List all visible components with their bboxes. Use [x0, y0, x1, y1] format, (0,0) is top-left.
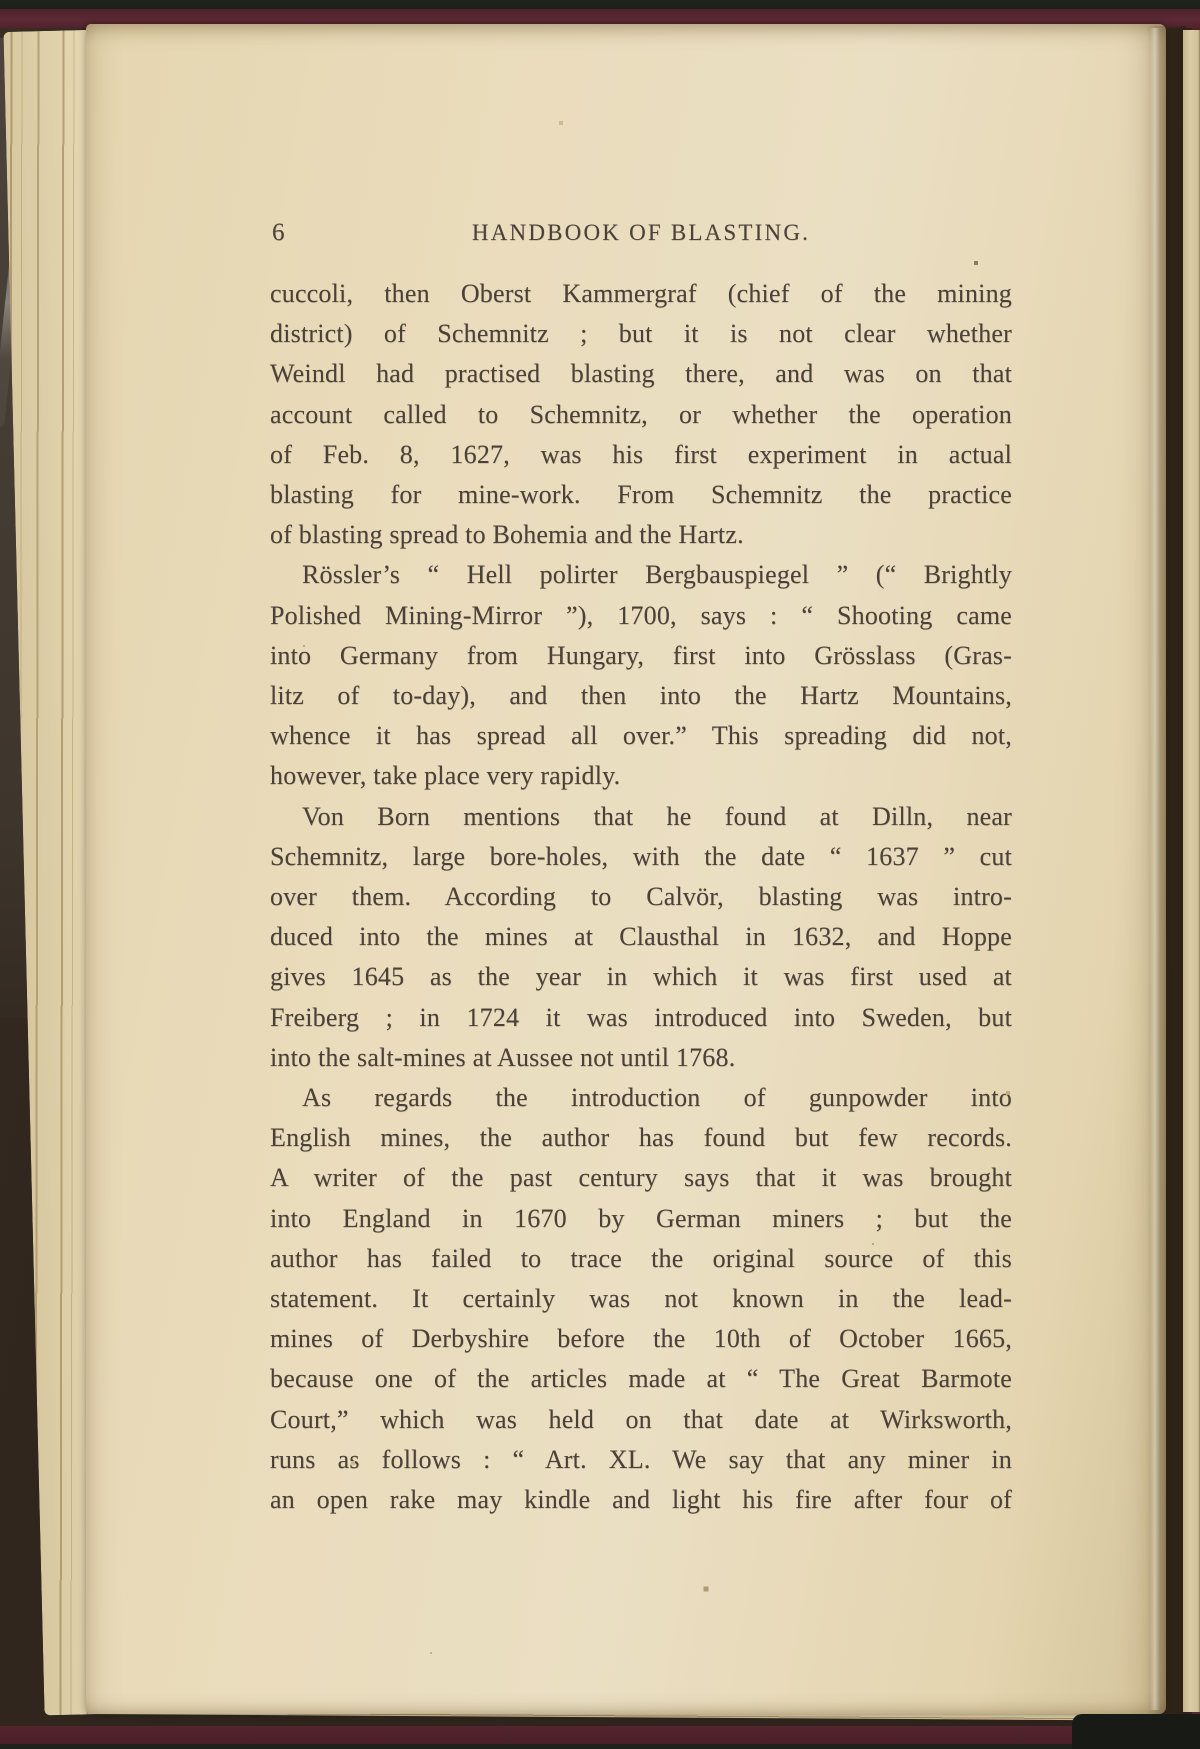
text-line: Polished Mining-Mirror ”), 1700, says : … [270, 596, 1012, 636]
text-line: Schemnitz, large bore-holes, with the da… [270, 837, 1012, 877]
running-title: HANDBOOK OF BLASTING. [270, 216, 1012, 250]
text-line: Von Born mentions that he found at Dilln… [270, 797, 1012, 837]
text-line: statement. It certainly was not known in… [270, 1279, 1012, 1319]
text-line: gives 1645 as the year in which it was f… [270, 957, 1012, 997]
text-line: English mines, the author has found but … [270, 1118, 1012, 1158]
text-line: As regards the introduction of gunpowder… [270, 1078, 1012, 1118]
next-page-edge [1183, 30, 1200, 1712]
text-line: cuccoli, then Oberst Kammergraf (chief o… [270, 274, 1012, 314]
text-line: over them. According to Calvör, blasting… [270, 877, 1012, 917]
gutter-shadow [1146, 26, 1186, 1716]
text-line: A writer of the past century says that i… [270, 1158, 1012, 1198]
text-line: mines of Derbyshire before the 10th of O… [270, 1319, 1012, 1359]
book-page: 6 HANDBOOK OF BLASTING. cuccoli, then Ob… [86, 24, 1166, 1714]
paper-specks [0, 0, 2, 2]
text-line: Court,” which was held on that date at W… [270, 1400, 1012, 1440]
text-line: whence it has spread all over.” This spr… [270, 716, 1012, 756]
text-line: Freiberg ; in 1724 it was introduced int… [270, 998, 1012, 1038]
text-line: duced into the mines at Clausthal in 163… [270, 917, 1012, 957]
text-line: runs as follows : “ Art. XL. We say that… [270, 1440, 1012, 1480]
text-line: litz of to-day), and then into the Hartz… [270, 676, 1012, 716]
text-line: Rössler’s “ Hell polirter Bergbauspiegel… [270, 555, 1012, 595]
text-line: blasting for mine-work. From Schemnitz t… [270, 475, 1012, 515]
text-line: however, take place very rapidly. [270, 756, 1012, 796]
text-line: into England in 1670 by German miners ; … [270, 1199, 1012, 1239]
text-line: into Germany from Hungary, first into Gr… [270, 636, 1012, 676]
printed-content: 6 HANDBOOK OF BLASTING. cuccoli, then Ob… [270, 216, 1012, 1520]
running-header: 6 HANDBOOK OF BLASTING. [270, 216, 1012, 250]
text-line: an open rake may kindle and light his fi… [270, 1480, 1012, 1520]
text-line: into the salt-mines at Aussee not until … [270, 1038, 1012, 1078]
backdrop-corner [1072, 1714, 1200, 1749]
body-text: cuccoli, then Oberst Kammergraf (chief o… [270, 274, 1012, 1520]
text-line: Weindl had practised blasting there, and… [270, 354, 1012, 394]
text-line: of blasting spread to Bohemia and the Ha… [270, 515, 1012, 555]
text-line: because one of the articles made at “ Th… [270, 1359, 1012, 1399]
text-line: of Feb. 8, 1627, was his first experimen… [270, 435, 1012, 475]
text-line: account called to Schemnitz, or whether … [270, 395, 1012, 435]
text-line: author has failed to trace the original … [270, 1239, 1012, 1279]
scanned-book-photo: 6 HANDBOOK OF BLASTING. cuccoli, then Ob… [0, 0, 1200, 1749]
text-line: district) of Schemnitz ; but it is not c… [270, 314, 1012, 354]
